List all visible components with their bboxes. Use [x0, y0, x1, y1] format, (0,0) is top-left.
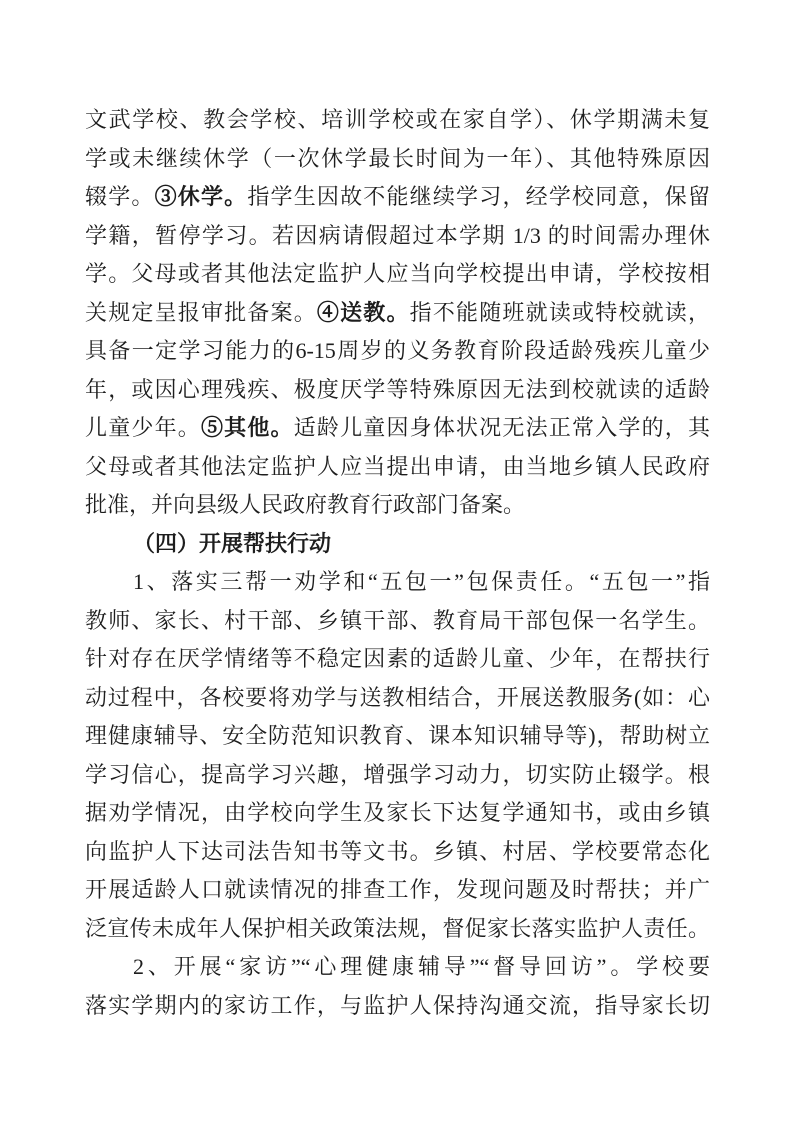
- text-line: 学。父母或者其他法定监护人应当向学校提出申请，学校按相: [85, 255, 710, 294]
- text-segment: 开展适龄人口就读情况的排查工作，发现问题及时帮扶；并广: [85, 877, 710, 902]
- text-line: 文武学校、教会学校、培训学校或在家自学）、休学期满未复: [85, 101, 710, 140]
- text-line: 1、落实三帮一劝学和“五包一”包保责任。“五包一”指: [85, 563, 710, 602]
- text-line: 父母或者其他法定监护人应当提出申请，由当地乡镇人民政府: [85, 448, 710, 487]
- text-line: 理健康辅导、安全防范知识教育、课本知识辅导等)，帮助树立: [85, 717, 710, 756]
- text-line: 落实学期内的家访工作，与监护人保持沟通交流，指导家长切: [85, 987, 710, 1026]
- text-segment: 泛宣传未成年人保护相关政策法规，督促家长落实监护人责任。: [85, 916, 710, 941]
- text-segment: 学籍，暂停学习。若因病请假超过本学期 1/3 的时间需办理休: [85, 223, 710, 248]
- text-line: 据劝学情况，由学校向学生及家长下达复学通知书，或由乡镇: [85, 794, 710, 833]
- text-line: 具备一定学习能力的6-15周岁的义务教育阶段适龄残疾儿童少: [85, 332, 710, 371]
- document-page: 文武学校、教会学校、培训学校或在家自学）、休学期满未复学或未继续休学（一次休学最…: [0, 0, 793, 1122]
- text-line: 教师、家长、村干部、乡镇干部、教育局干部包保一名学生。: [85, 602, 710, 641]
- text-segment: 辍学。: [85, 184, 155, 209]
- text-line: 学籍，暂停学习。若因病请假超过本学期 1/3 的时间需办理休: [85, 217, 710, 256]
- text-line: 批准，并向县级人民政府教育行政部门备案。: [85, 486, 710, 525]
- text-segment: 落实学期内的家访工作，与监护人保持沟通交流，指导家长切: [85, 993, 710, 1018]
- text-segment: 学。父母或者其他法定监护人应当向学校提出申请，学校按相: [85, 261, 710, 286]
- bold-term: ③休学。: [155, 184, 248, 209]
- text-segment: 具备一定学习能力的6-15周岁的义务教育阶段适龄残疾儿童少: [85, 338, 710, 363]
- text-segment: 据劝学情况，由学校向学生及家长下达复学通知书，或由乡镇: [85, 800, 710, 825]
- text-segment: 针对存在厌学情绪等不稳定因素的适龄儿童、少年，在帮扶行: [85, 646, 710, 671]
- text-line: 动过程中，各校要将劝学与送教相结合，开展送教服务(如：心: [85, 679, 710, 718]
- text-segment: 学习信心，提高学习兴趣，增强学习动力，切实防止辍学。根: [85, 762, 710, 787]
- text-segment: 关规定呈报审批备案。: [85, 300, 317, 325]
- bold-term: ⑤其他。: [201, 415, 294, 440]
- text-segment: 1、落实三帮一劝学和“五包一”包保责任。“五包一”指: [133, 569, 710, 594]
- text-segment: 教师、家长、村干部、乡镇干部、教育局干部包保一名学生。: [85, 608, 710, 633]
- text-line: 辍学。③休学。指学生因故不能继续学习，经学校同意，保留: [85, 178, 710, 217]
- text-segment: 指学生因故不能继续学习，经学校同意，保留: [247, 184, 710, 209]
- text-segment: 适龄儿童因身体状况无法正常入学的，其: [294, 415, 710, 440]
- text-line: 泛宣传未成年人保护相关政策法规，督促家长落实监护人责任。: [85, 910, 710, 949]
- text-segment: 理健康辅导、安全防范知识教育、课本知识辅导等)，帮助树立: [85, 723, 710, 748]
- text-line: 学习信心，提高学习兴趣，增强学习动力，切实防止辍学。根: [85, 756, 710, 795]
- text-segment: 批准，并向县级人民政府教育行政部门备案。: [85, 492, 525, 517]
- text-line: 向监护人下达司法告知书等文书。乡镇、村居、学校要常态化: [85, 833, 710, 872]
- text-line: 年，或因心理残疾、极度厌学等特殊原因无法到校就读的适龄: [85, 371, 710, 410]
- text-line: 2、开展“家访”“心理健康辅导”“督导回访”。学校要: [85, 948, 710, 987]
- text-segment: 父母或者其他法定监护人应当提出申请，由当地乡镇人民政府: [85, 454, 710, 479]
- text-line: 儿童少年。⑤其他。适龄儿童因身体状况无法正常入学的，其: [85, 409, 710, 448]
- text-segment: 儿童少年。: [85, 415, 201, 440]
- section-heading: （四）开展帮扶行动: [85, 525, 710, 564]
- text-line: 学或未继续休学（一次休学最长时间为一年）、其他特殊原因: [85, 140, 710, 179]
- text-segment: 2、开展“家访”“心理健康辅导”“督导回访”。学校要: [133, 954, 710, 979]
- text-segment: 指不能随班就读或特校就读，: [410, 300, 710, 325]
- text-line: 针对存在厌学情绪等不稳定因素的适龄儿童、少年，在帮扶行: [85, 640, 710, 679]
- text-line: 关规定呈报审批备案。④送教。指不能随班就读或特校就读，: [85, 294, 710, 333]
- text-line: 开展适龄人口就读情况的排查工作，发现问题及时帮扶；并广: [85, 871, 710, 910]
- text-segment: 文武学校、教会学校、培训学校或在家自学）、休学期满未复: [85, 107, 710, 132]
- text-block: 文武学校、教会学校、培训学校或在家自学）、休学期满未复学或未继续休学（一次休学最…: [85, 101, 710, 1025]
- text-segment: 学或未继续休学（一次休学最长时间为一年）、其他特殊原因: [85, 146, 710, 171]
- text-segment: 动过程中，各校要将劝学与送教相结合，开展送教服务(如：心: [85, 685, 710, 710]
- text-segment: 年，或因心理残疾、极度厌学等特殊原因无法到校就读的适龄: [85, 377, 710, 402]
- bold-term: （四）开展帮扶行动: [133, 531, 331, 556]
- bold-term: ④送教。: [317, 300, 410, 325]
- text-segment: 向监护人下达司法告知书等文书。乡镇、村居、学校要常态化: [85, 839, 710, 864]
